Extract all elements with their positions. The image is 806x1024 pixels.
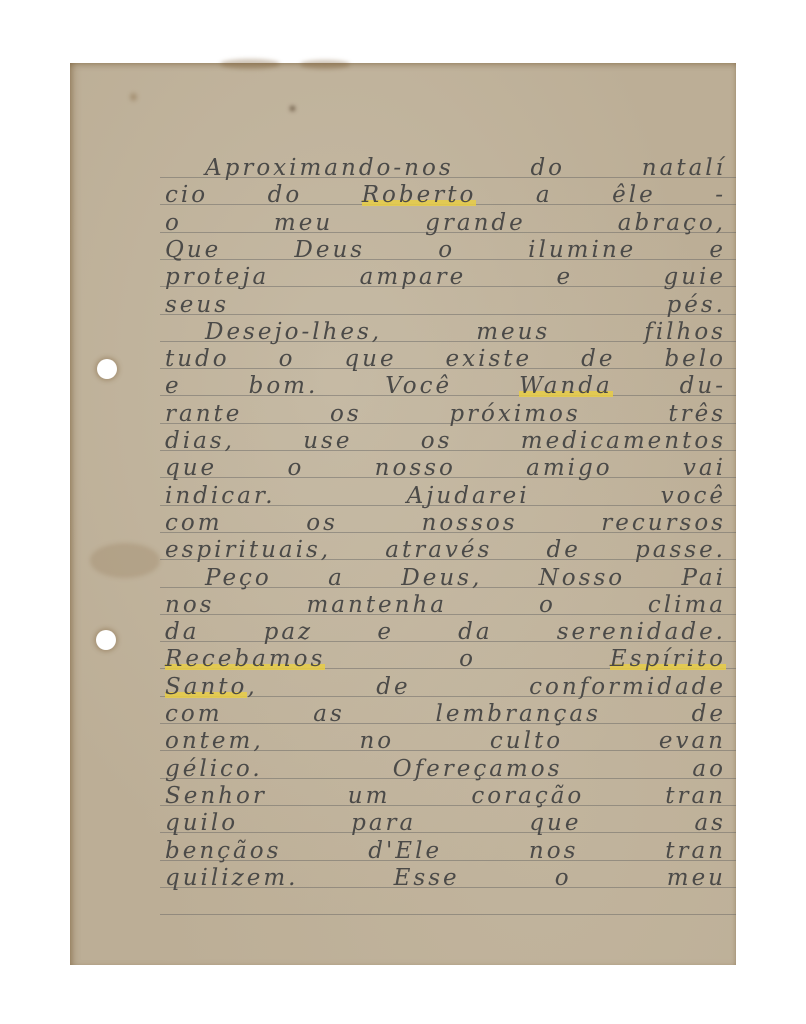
text-line: Senhor um coração tran bbox=[165, 783, 726, 810]
text-line: quilo para que as bbox=[165, 810, 726, 837]
punch-hole bbox=[96, 630, 116, 650]
text-line: gélico. Ofereçamos ao bbox=[165, 756, 726, 783]
text-segment: a êle - bbox=[476, 182, 726, 208]
text-segment: o bbox=[325, 646, 610, 672]
highlighted-name: Espírito bbox=[610, 646, 726, 672]
text-segment: cio do bbox=[165, 182, 362, 208]
highlighted-name: Wanda bbox=[519, 373, 613, 399]
text-line: que o nosso amigo vai bbox=[165, 455, 726, 482]
text-line: quilizem. Esse o meu bbox=[165, 865, 726, 892]
text-line: tudo o que existe de belo bbox=[165, 346, 726, 373]
text-line: cio do Roberto a êle - bbox=[165, 182, 726, 209]
stain bbox=[300, 60, 350, 69]
text-line: indicar. Ajudarei você bbox=[165, 483, 726, 510]
text-line: da paz e da serenidade. bbox=[165, 619, 726, 646]
stain bbox=[290, 106, 295, 111]
text-line: ontem, no culto evan bbox=[165, 728, 726, 755]
stain bbox=[220, 59, 280, 69]
stain bbox=[90, 543, 160, 578]
text-segment: e bom. Você bbox=[165, 373, 519, 399]
text-line: Recebamos o Espírito bbox=[165, 646, 726, 673]
text-line: proteja ampare e guie bbox=[165, 264, 726, 291]
punch-hole bbox=[97, 359, 117, 379]
highlighted-name: Santo bbox=[165, 674, 247, 700]
text-line: o meu grande abraço, bbox=[165, 210, 726, 237]
text-line: espirituais, através de passe. bbox=[165, 537, 726, 564]
text-line: e bom. Você Wanda du- bbox=[165, 373, 726, 400]
text-line: Santo, de conformidade bbox=[165, 674, 726, 701]
text-line: bençãos d'Ele nos tran bbox=[165, 838, 726, 865]
stain bbox=[130, 93, 137, 101]
text-line: com as lembranças de bbox=[165, 701, 726, 728]
highlighted-name: Roberto bbox=[362, 182, 477, 208]
text-line: Aproximando-nos do natalí bbox=[165, 155, 726, 182]
text-line: com os nossos recursos bbox=[165, 510, 726, 537]
ruled-line bbox=[160, 914, 736, 915]
text-segment: du- bbox=[613, 373, 726, 399]
text-line: Que Deus o ilumine e bbox=[165, 237, 726, 264]
text-line: dias, use os medicamentos bbox=[165, 428, 726, 455]
text-line: nos mantenha o clima bbox=[165, 592, 726, 619]
text-line: rante os próximos três bbox=[165, 401, 726, 428]
highlighted-name: Recebamos bbox=[165, 646, 325, 672]
text-line: Desejo-lhes, meus filhos bbox=[165, 319, 726, 346]
text-line: Peço a Deus, Nosso Pai bbox=[165, 565, 726, 592]
letter-page: Aproximando-nos do natalício do Roberto … bbox=[70, 63, 736, 965]
text-line: seus pés. bbox=[165, 292, 726, 319]
text-segment: , de conformidade bbox=[247, 674, 726, 700]
